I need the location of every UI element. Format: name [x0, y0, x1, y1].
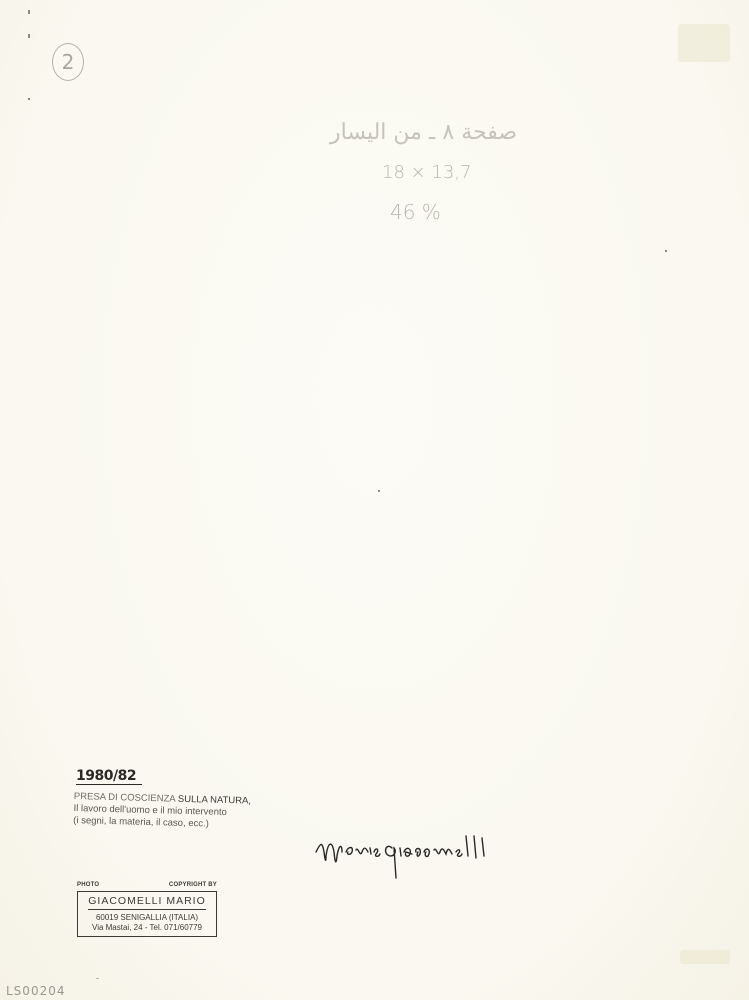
- stamp-box: GIACOMELLI MARIO 60019 SENIGALLIA (ITALI…: [77, 891, 217, 937]
- photo-verso-page: 2 صفحة ٨ ـ من اليسار 18 × 13,7 46 % 1980…: [0, 0, 749, 1000]
- paper-speck: [378, 490, 380, 492]
- photo-caption: PRESA DI COSCIENZA SULLA NATURA, Il lavo…: [73, 791, 251, 832]
- copyright-stamp: PHOTO COPYRIGHT BY GIACOMELLI MARIO 6001…: [77, 882, 217, 937]
- percentage-note: 46 %: [390, 200, 441, 224]
- corner-tape-mark-top: [678, 24, 730, 62]
- stamp-photo-label: PHOTO: [77, 882, 99, 888]
- reference-number: 1980/82: [76, 768, 142, 785]
- dimensions-note: 18 × 13,7: [382, 162, 472, 183]
- paper-speck: [665, 250, 667, 252]
- stamp-address-line-1: 60019 SENIGALLIA (ITALIA): [82, 913, 212, 923]
- handwritten-signature: Mario Giacomelli: [312, 822, 502, 882]
- margin-marks: [28, 10, 32, 110]
- circled-page-number: 2: [52, 43, 84, 81]
- corner-tape-mark-bottom: [680, 950, 730, 964]
- stamp-photographer-name: GIACOMELLI MARIO: [88, 895, 206, 910]
- inventory-code: LS00204: [6, 984, 65, 998]
- stamp-copyright-label: COPYRIGHT BY: [169, 882, 217, 888]
- stamp-address-line-2: Via Mastai, 24 - Tel. 071/60779: [82, 923, 212, 933]
- paper-speck: [96, 978, 99, 979]
- arabic-pencil-note: صفحة ٨ ـ من اليسار: [330, 120, 517, 145]
